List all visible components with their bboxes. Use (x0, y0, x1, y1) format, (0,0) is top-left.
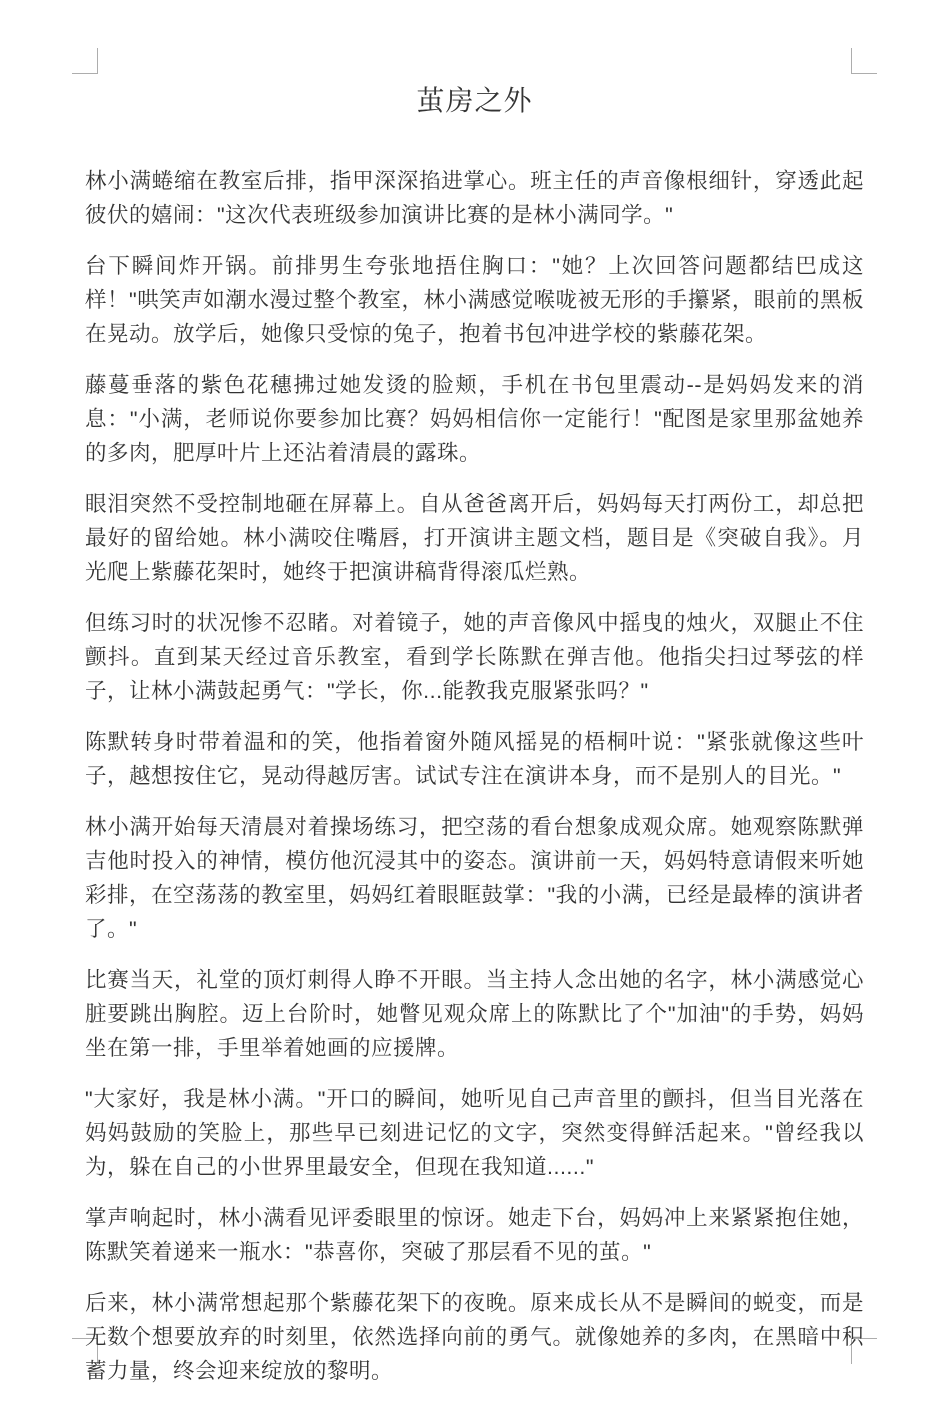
paragraph: 林小满开始每天清晨对着操场练习，把空荡的看台想象成观众席。她观察陈默弹吉他时投入… (85, 810, 864, 946)
paragraph: 台下瞬间炸开锅。前排男生夸张地捂住胸口："她？上次回答问题都结巴成这样！"哄笑声… (85, 249, 864, 351)
text-boundary-mark-top-right (851, 48, 877, 74)
paragraph: 林小满蜷缩在教室后排，指甲深深掐进掌心。班主任的声音像根细针，穿透此起彼伏的嬉闹… (85, 164, 864, 232)
paragraph: 后来，林小满常想起那个紫藤花架下的夜晚。原来成长从不是瞬间的蜕变，而是无数个想要… (85, 1286, 864, 1388)
paragraph: 藤蔓垂落的紫色花穗拂过她发烫的脸颊，手机在书包里震动--是妈妈发来的消息："小满… (85, 368, 864, 470)
text-boundary-mark-top-left (72, 48, 98, 74)
paragraph: "大家好，我是林小满。"开口的瞬间，她听见自己声音里的颤抖，但当目光落在妈妈鼓励… (85, 1082, 864, 1184)
document-title: 茧房之外 (85, 84, 864, 118)
paragraph: 眼泪突然不受控制地砸在屏幕上。自从爸爸离开后，妈妈每天打两份工，却总把最好的留给… (85, 487, 864, 589)
paragraph: 比赛当天，礼堂的顶灯刺得人睁不开眼。当主持人念出她的名字，林小满感觉心脏要跳出胸… (85, 963, 864, 1065)
paragraph: 但练习时的状况惨不忍睹。对着镜子，她的声音像风中摇曳的烛火，双腿止不住颤抖。直到… (85, 606, 864, 708)
paragraph: 掌声响起时，林小满看见评委眼里的惊讶。她走下台，妈妈冲上来紧紧抱住她，陈默笑着递… (85, 1201, 864, 1269)
paragraph: 陈默转身时带着温和的笑，他指着窗外随风摇晃的梧桐叶说："紧张就像这些叶子，越想按… (85, 725, 864, 793)
document-body: 茧房之外 林小满蜷缩在教室后排，指甲深深掐进掌心。班主任的声音像根细针，穿透此起… (85, 84, 864, 1405)
document-page: 茧房之外 林小满蜷缩在教室后排，指甲深深掐进掌心。班主任的声音像根细针，穿透此起… (0, 0, 948, 1424)
